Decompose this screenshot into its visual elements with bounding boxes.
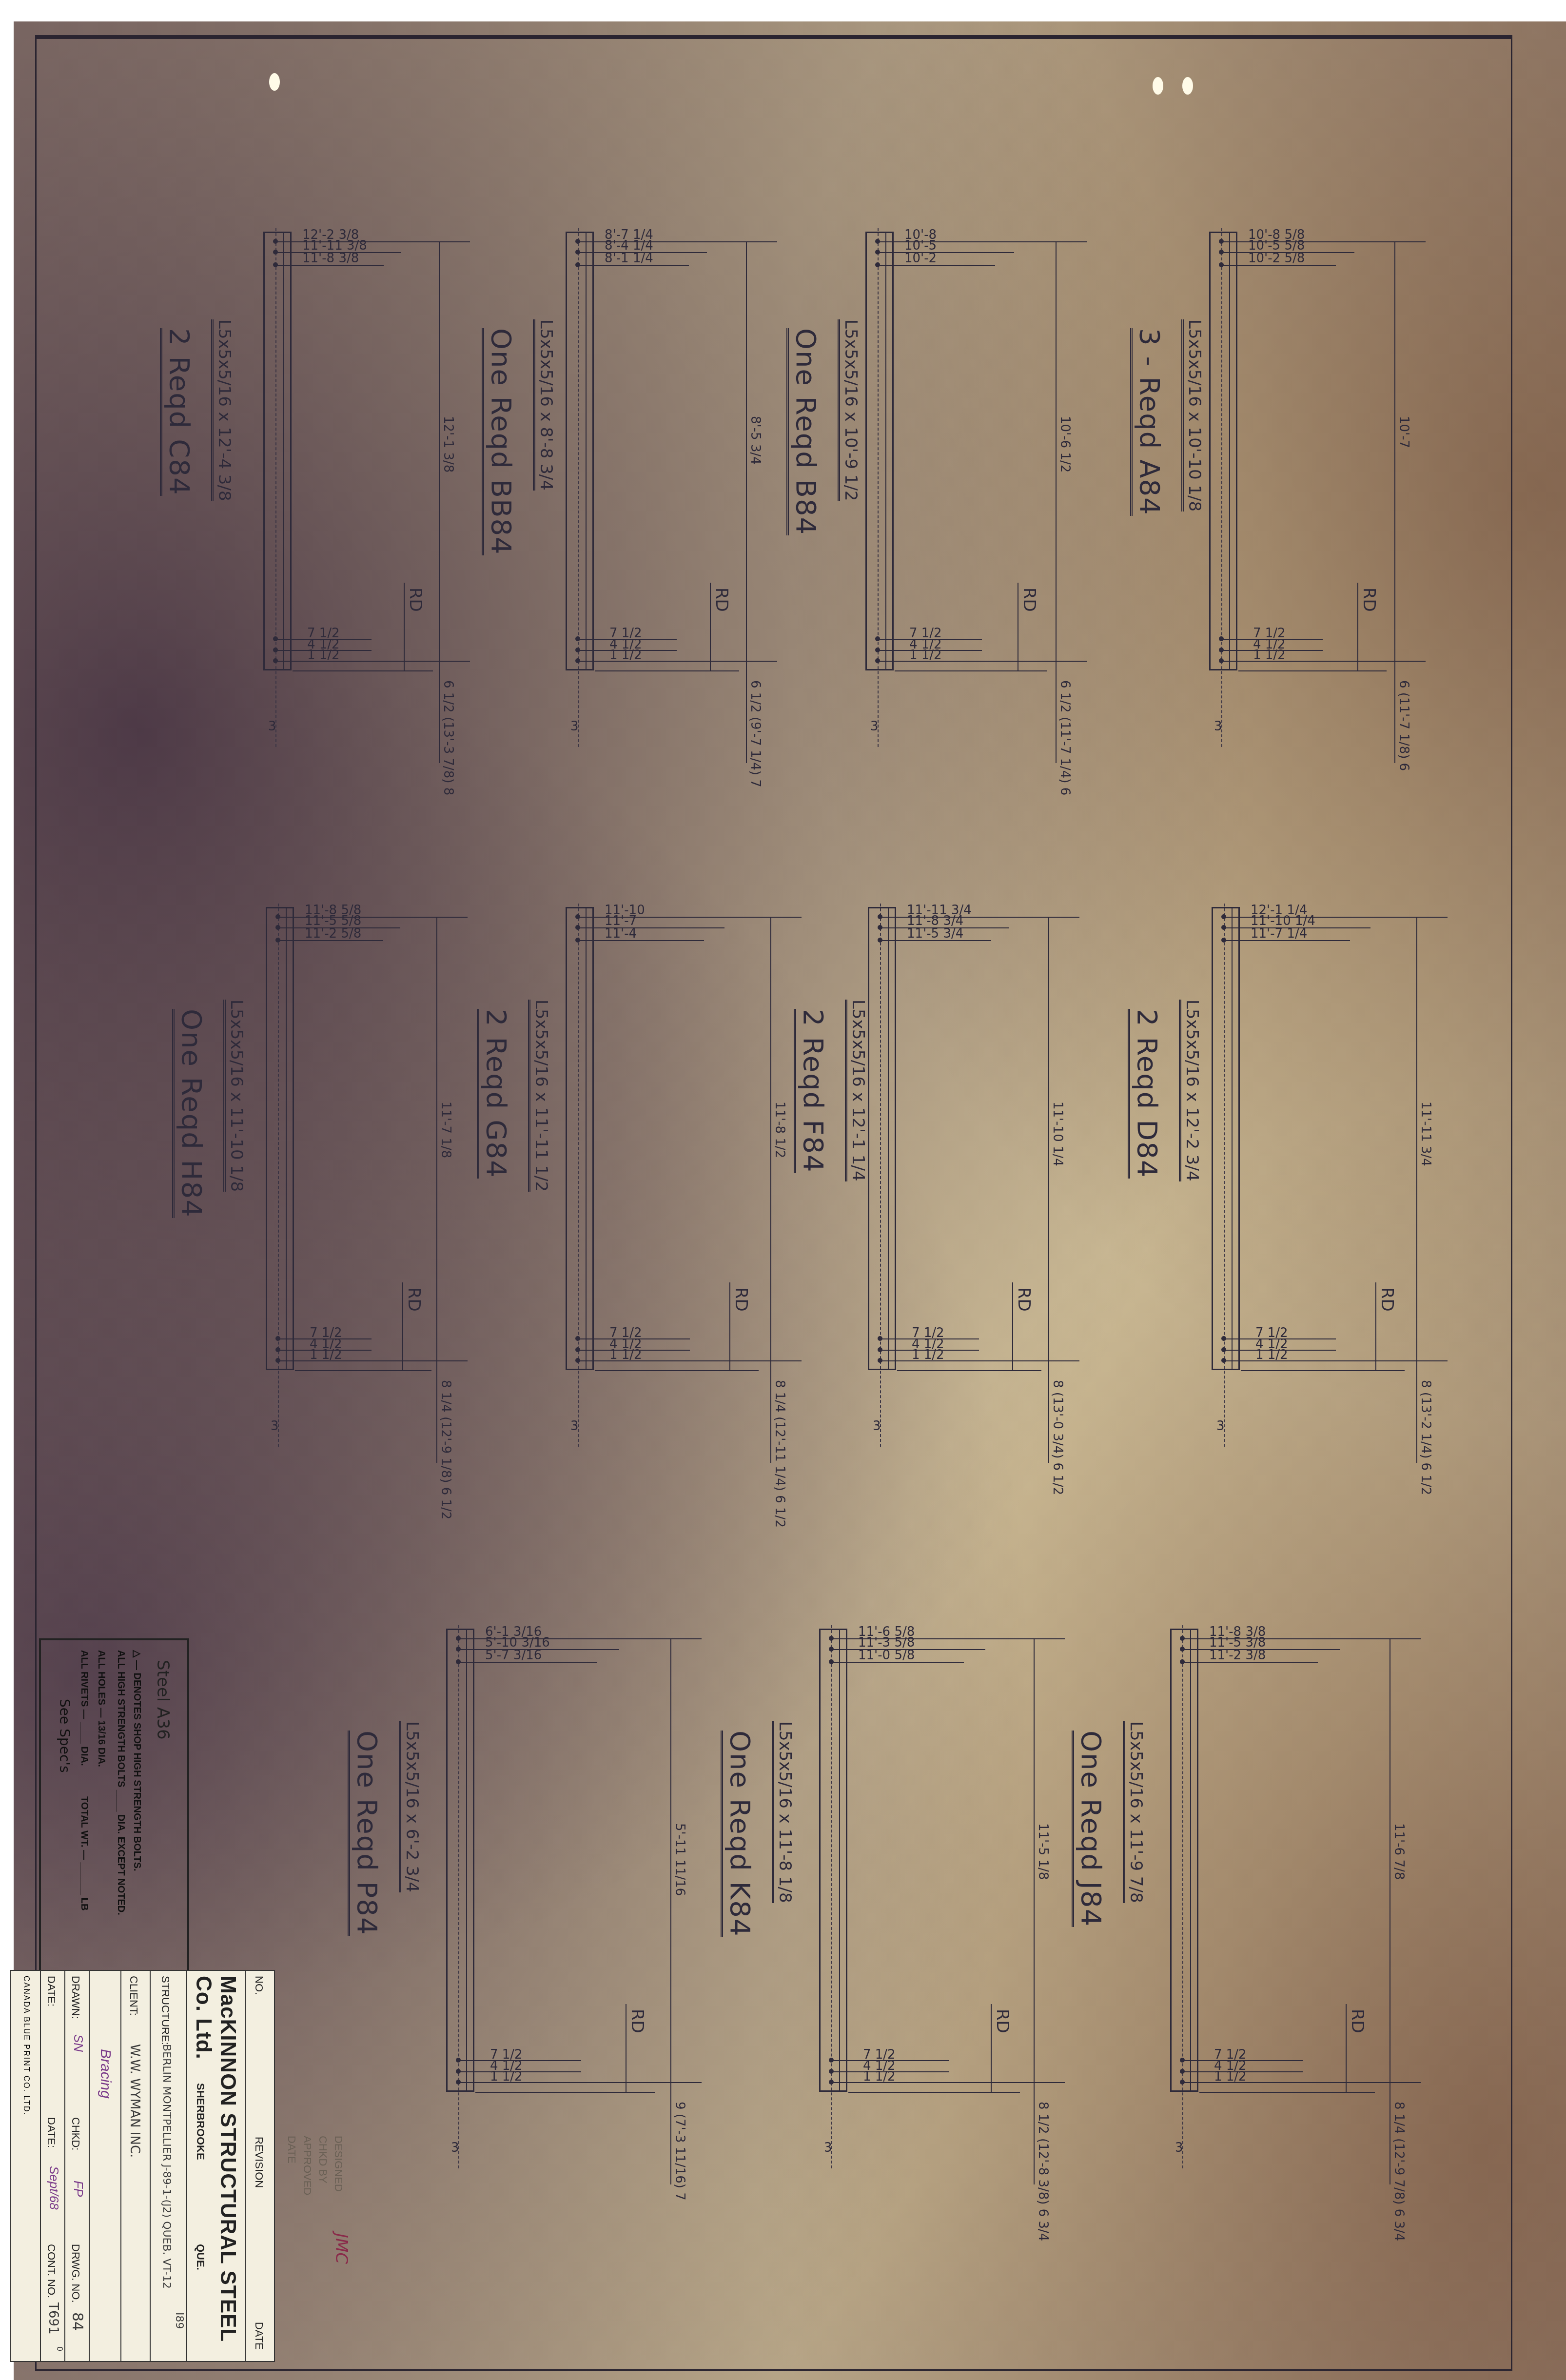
title-block: NO. REVISION DATE MacKINNON STRUCTURAL S… [10,1970,275,2362]
angle-member [1212,907,1240,1370]
punch-hole [1153,77,1163,95]
bottom-hole-dim: 1 1/2 [490,2069,523,2084]
overall-dim: 5'-11 11/16 [672,1823,687,1896]
section-label: L5x5x5/16 x 10'-10 1/8 [1181,319,1204,511]
top-hole-dim: 11'-0 5/8 [858,1648,915,1663]
hole-dim-line [880,1360,1079,1361]
top-hole-dim: 10'-2 [904,251,937,266]
end-dim: 8 1/2 (12'-8 3/8) 6 3/4 [1036,2102,1050,2241]
rd-arrow-line [1375,1282,1376,1370]
bottom-hole-dim: 1 1/2 [609,1348,642,1362]
gauge-line [880,904,881,1447]
client-value: W.W. WYMAN INC. [127,2044,142,2158]
drawn-value: SN [71,2034,86,2052]
end-dim: 6 1/2 (9'-7 1/4) 7 [748,680,763,787]
notes-line-1: △ — DENOTES SHOP HIGH STRENGTH BOLTS. [131,1650,143,1871]
angle-leg-line [586,908,587,1369]
bottom-hole-dim: 1 1/2 [909,648,942,663]
gauge-line [458,1625,459,2168]
rd-label: RD [1014,1287,1034,1312]
chkd-label: CHKD: [69,2117,82,2150]
gauge-dim: 3 [271,1419,279,1434]
hole-dim-line [577,940,704,941]
gauge-line [578,228,579,747]
stamp-line-2: CHKD BY [315,2136,331,2282]
overall-dim: 11'-8 1/2 [772,1101,787,1158]
quantity-label: 2 Reqd D84 [1128,1009,1163,1179]
drawn-row: DRAWN: SN CHKD: FP DRWG. NO. 84 [64,1971,89,2361]
notes-block: Steel A36 △ — DENOTES SHOP HIGH STRENGTH… [39,1638,189,1984]
spec-note: See Spec's [57,1699,73,1773]
stamp-line-3: APPROVED [299,2136,315,2282]
rd-label: RD [404,1287,424,1312]
cont-no-suffix: 0 [55,2346,64,2351]
gauge-line [1224,904,1225,1447]
angle-member [566,907,594,1370]
angle-leg-line [586,233,587,669]
angle-member [819,1629,847,2092]
steel-note: Steel A36 [153,1660,173,1740]
end-dim: 9 (7'-3 11/16) 7 [672,2102,687,2201]
section-label: L5x5x5/16 x 12'-4 3/8 [211,319,234,501]
hole-dim-line [577,927,724,928]
date-label-2: DATE: [45,2117,58,2148]
gauge-line [831,1625,832,2168]
quantity-label: One Reqd BB84 [482,328,517,555]
section-label: L5x5x5/16 x 6'-2 3/4 [399,1721,422,1892]
base-line [595,1370,759,1371]
base-line [895,670,1047,671]
overall-dim-line [1416,917,1417,1463]
base-line [1238,670,1387,671]
rd-arrow-line [710,583,711,670]
top-hole-dim: 10'-2 5/8 [1248,251,1305,266]
punch-hole [1182,77,1193,95]
angle-leg-line [888,908,889,1369]
stamp-initials: JMC [332,2233,351,2264]
end-dim: 8 (13'-0 3/4) 6 1/2 [1050,1380,1065,1495]
cont-no-value: T691 [46,2302,60,2335]
drwg-no-value: 84 [69,2312,86,2331]
gauge-line [878,228,879,747]
rd-label: RD [731,1287,751,1312]
rd-label: RD [1377,1287,1397,1312]
top-hole-dim: 11'-5 3/4 [907,926,963,941]
overall-dim-line [1048,917,1049,1463]
top-hole-dim: 11'-2 3/8 [1209,1648,1266,1663]
gauge-line [278,904,279,1447]
gauge-dim: 3 [1175,2141,1183,2155]
company-province: QUE. [194,2244,207,2270]
company-name: MacKINNON STRUCTURAL STEEL Co. Ltd. [191,1976,240,2361]
hole-dim-line [277,1360,468,1361]
overall-dim-line [1390,1638,1390,2184]
base-line [1241,1370,1405,1371]
rd-label: RD [712,588,731,612]
end-dim: 8 (13'-2 1/4) 6 1/2 [1418,1380,1433,1495]
overall-dim: 12'-1 3/8 [441,416,455,472]
revision-header: REVISION [253,2137,265,2188]
top-hole-dim: 11'-4 [605,926,637,941]
overall-dim-line [436,917,437,1463]
rd-label: RD [406,588,425,612]
angle-leg-line [839,1630,840,2090]
overall-dim-line [770,917,771,1463]
gauge-line [578,904,579,1447]
drawn-label: DRAWN: [69,1976,82,2019]
rd-arrow-line [729,1282,730,1370]
angle-leg-line [885,233,886,669]
bottom-hole-dim: 1 1/2 [912,1348,944,1362]
base-line [295,1370,431,1371]
cont-no-label: CONT. NO. [45,2244,58,2298]
overall-dim: 10'-7 [1396,416,1411,448]
description-row: Bracing [89,1971,120,2361]
quantity-label: 2 Reqd F84 [794,1009,829,1173]
quantity-label: One Reqd J84 [1072,1731,1107,1927]
no-label: NO. [253,1976,265,1995]
top-hole-dim: 11'-7 1/4 [1251,926,1307,941]
gauge-line [275,228,276,747]
quantity-label: One Reqd H84 [172,1009,207,1218]
gauge-dim: 3 [570,719,579,734]
hole-dim-line [877,252,1014,253]
rd-arrow-line [991,2004,992,2092]
punch-hole [269,73,280,91]
rd-label: RD [1348,2009,1367,2033]
quantity-label: One Reqd B84 [786,328,822,535]
base-line [1199,2092,1375,2093]
bottom-hole-dim: 1 1/2 [609,648,642,663]
bottom-hole-dim: 1 1/2 [310,1348,342,1362]
bottom-hole-dim: 1 1/2 [1214,2069,1247,2084]
rd-arrow-line [626,2004,626,2092]
top-hole-dim: 5'-7 3/16 [485,1648,542,1663]
gauge-line [1221,228,1222,747]
gauge-dim: 3 [824,2141,832,2155]
angle-leg-line [1229,233,1230,669]
stamp-line-4: DATE [284,2136,299,2282]
rd-arrow-line [402,1282,403,1370]
end-dim: 8 1/4 (12'-9 1/8) 6 1/2 [438,1380,453,1519]
hole-dim-line [577,661,777,662]
angle-member [1170,1629,1198,2092]
section-label: L5x5x5/16 x 11'-11 1/2 [528,1000,551,1192]
angle-member [1209,232,1237,670]
approval-stamp: DESIGNED CHKD BY APPROVED DATE JMC [273,2136,361,2282]
overall-dim: 11'-6 7/8 [1391,1823,1406,1880]
top-hole-dim: 11'-8 3/8 [302,251,359,266]
gauge-line [1182,1625,1183,2168]
hole-dim-line [275,661,470,662]
end-dim: 6 1/2 (11'-7 1/4) 6 [1057,680,1072,795]
top-hole-dim: 11'-2 5/8 [305,926,361,941]
rd-arrow-line [1012,1282,1013,1370]
quantity-label: One Reqd P84 [348,1731,383,1936]
notes-line-4: ALL RIVETS — ____ DIA. [78,1650,90,1766]
angle-member [865,232,894,670]
overall-dim-line [670,1638,671,2184]
rd-arrow-line [1346,2004,1347,2092]
chkd-value: FP [71,2181,86,2197]
overall-dim: 11'-10 1/4 [1050,1101,1065,1166]
section-label: L5x5x5/16 x 12'-1 1/4 [845,1000,868,1181]
angle-leg-line [466,1630,467,2090]
overall-dim: 11'-11 3/4 [1418,1101,1433,1166]
angle-leg-line [283,233,284,669]
drawing-description: Bracing [97,2049,114,2099]
overall-dim-line [746,241,747,763]
base-line [897,1370,1041,1371]
company-city: SHERBROOKE [194,2083,207,2160]
bottom-hole-dim: 1 1/2 [307,648,340,663]
section-label: L5x5x5/16 x 11'-9 7/8 [1123,1721,1146,1903]
overall-dim: 10'-6 1/2 [1057,416,1072,472]
notes-line-2: ALL HIGH STRENGTH BOLTS ____ DIA. EXCEPT… [115,1650,126,1915]
top-hole-dim: 8'-1 1/4 [605,251,653,266]
end-dim: 8 1/4 (12'-11 1/4) 6 1/2 [772,1380,787,1528]
client-label: CLIENT: [127,1976,140,2016]
gauge-dim: 3 [268,719,276,734]
overall-dim: 11'-7 1/8 [438,1101,453,1158]
end-dim: 8 1/4 (12'-9 7/8) 6 3/4 [1391,2102,1406,2241]
revision-row: NO. REVISION DATE [245,1971,274,2361]
rd-arrow-line [1018,583,1018,670]
structure-value: BERLIN MONTPELLIER J-89-1-(J2) QUEB. VT-… [160,2044,173,2289]
gauge-dim: 3 [1216,1419,1225,1434]
base-line [595,670,739,671]
drwg-no-label: DRWG. NO. [69,2244,82,2303]
gauge-dim: 3 [1214,719,1222,734]
section-label: L5x5x5/16 x 8'-8 3/4 [533,319,556,491]
angle-member [266,907,294,1370]
section-label: L5x5x5/16 x 12'-2 3/4 [1179,1000,1202,1181]
angle-member [263,232,292,670]
overall-dim: 11'-5 1/8 [1036,1823,1050,1880]
rd-label: RD [1359,588,1379,612]
rd-arrow-line [1357,583,1358,670]
company-row: MacKINNON STRUCTURAL STEEL Co. Ltd. SHER… [186,1971,245,2361]
date-label-1: DATE: [45,1976,58,2006]
section-label: L5x5x5/16 x 11'-8 1/8 [772,1721,795,1903]
gauge-dim: 3 [870,719,879,734]
printer-credit: CANADA BLUE PRINT CO. LTD. [21,1976,30,2116]
end-dim: 6 1/2 (13'-3 7/8) 8 [441,680,455,795]
base-line [848,2092,1020,2093]
date-value: Sept/68 [46,2166,61,2210]
structure-label: STRUCTURE: [159,1976,172,2045]
angle-leg-line [1190,1630,1191,2090]
section-label: L5x5x5/16 x 11'-10 1/8 [223,1000,246,1192]
base-line [475,2092,655,2093]
structure-row: STRUCTURE: BERLIN MONTPELLIER J-89-1-(J2… [150,1971,186,2361]
quantity-label: One Reqd K84 [721,1731,756,1937]
quantity-label: 3 - Reqd A84 [1130,328,1165,516]
bottom-hole-dim: 1 1/2 [1253,648,1286,663]
structure-number: I89 [173,2312,185,2329]
notes-line-5: TOTAL WT. — ______ LB [78,1796,90,1911]
date-row: DATE: DATE: Sept/68 CONT. NO. T691 0 [40,1971,64,2361]
angle-leg-line [286,908,287,1369]
base-line [293,670,433,671]
angle-member [868,907,896,1370]
end-dim: 6 (11'-7 1/8) 6 [1396,680,1411,771]
gauge-dim: 3 [570,1419,579,1434]
angle-member [566,232,594,670]
quantity-label: 2 Reqd C84 [160,328,195,496]
overall-dim-line [1394,241,1395,763]
bottom-hole-dim: 1 1/2 [863,2069,896,2084]
date-header: DATE [253,2322,265,2350]
rd-label: RD [627,2009,647,2033]
overall-dim-line [1034,1638,1035,2184]
angle-leg-line [1232,908,1233,1369]
section-label: L5x5x5/16 x 10'-9 1/2 [838,319,861,501]
rd-label: RD [993,2009,1012,2033]
notes-line-3: ALL HOLES — 13/16 DIA. [96,1650,107,1767]
bottom-hole-dim: 1 1/2 [1255,1348,1288,1362]
gauge-dim: 3 [451,2141,459,2155]
overall-dim-line [1056,241,1057,763]
angle-member [446,1629,474,2092]
rd-arrow-line [404,583,405,670]
quantity-label: 2 Reqd G84 [477,1009,512,1179]
overall-dim-line [439,241,440,763]
gauge-dim: 3 [873,1419,881,1434]
overall-dim: 8'-5 3/4 [748,416,763,465]
rd-label: RD [1019,588,1039,612]
client-row: CLIENT: W.W. WYMAN INC. [120,1971,150,2361]
